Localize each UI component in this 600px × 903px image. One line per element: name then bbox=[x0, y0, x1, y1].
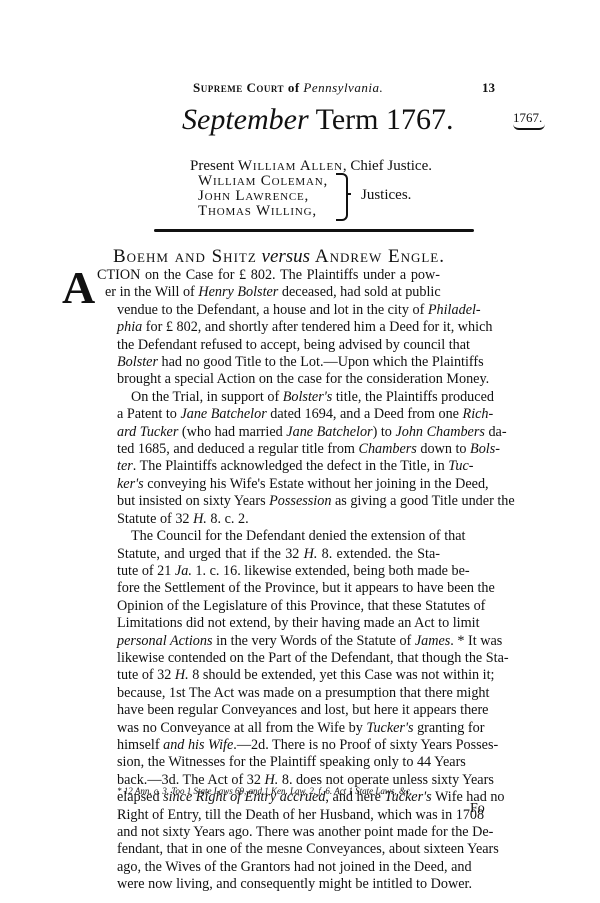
text-line: was no Conveyance at all from the Wife b… bbox=[117, 720, 440, 737]
text-line: personal Actions in the very Words of th… bbox=[117, 633, 440, 650]
document-page: Supreme Court of Pennsylvania. 13 Septem… bbox=[0, 0, 600, 903]
text-line: likewise contended on the Part of the De… bbox=[117, 650, 440, 667]
chief-justice-title: , Chief Justice. bbox=[343, 158, 432, 174]
text-line: ard Tucker (who had married Jane Batchel… bbox=[117, 424, 440, 441]
margin-date-text: 1767. bbox=[513, 110, 542, 125]
footnote: * 12 Ann. c. 3. Too 1 State Laws 69, and… bbox=[117, 786, 447, 796]
running-head: Supreme Court of Pennsylvania. bbox=[193, 80, 383, 96]
justice-name: Thomas Willing, bbox=[198, 204, 328, 219]
text-line: Limitations did not extend, by their hav… bbox=[117, 615, 440, 632]
text-line: ago, the Wives of the Grantors had not j… bbox=[117, 859, 440, 876]
text-line: phia for £ 802, and shortly after tender… bbox=[117, 319, 440, 336]
text-line: were now living, and consequently might … bbox=[117, 876, 440, 893]
justices-label: Justices. bbox=[361, 187, 411, 204]
case-body-text: CTION on the Case for £ 802. The Plainti… bbox=[117, 267, 440, 894]
margin-date-note: 1767. bbox=[513, 110, 545, 130]
brace-tip-icon bbox=[346, 193, 351, 195]
text-line: a Patent to Jane Batchelor dated 1694, a… bbox=[117, 406, 440, 423]
text-line: Right of Entry, till the Death of her Hu… bbox=[117, 807, 440, 824]
text-line: er in the Will of Henry Bolster deceased… bbox=[105, 284, 440, 301]
text-line: Statute of 32 H. 8. c. 2. bbox=[117, 511, 440, 528]
text-line: ker's conveying his Wife's Estate withou… bbox=[117, 476, 440, 493]
text-line: have been regular Conveyances and lost, … bbox=[117, 702, 440, 719]
text-line: ted 1685, and deduced a regular title fr… bbox=[117, 441, 440, 458]
justice-name: William Coleman, bbox=[198, 174, 328, 189]
case-title: Boehm and Shitz versus Andrew Engle. bbox=[113, 246, 445, 268]
term-title: September Term 1767. bbox=[182, 103, 453, 137]
text-line: Opinion of the Legislature of this Provi… bbox=[117, 598, 440, 615]
case-defendant: Andrew Engle. bbox=[315, 246, 445, 267]
justice-name: John Lawrence, bbox=[198, 189, 328, 204]
page-number: 13 bbox=[482, 80, 495, 96]
text-line: Statute, and urged that if the 32 H. 8. … bbox=[117, 546, 440, 563]
text-line: himself and his Wife.—2d. There is no Pr… bbox=[117, 737, 440, 754]
running-head-court: Supreme Court bbox=[193, 80, 284, 95]
term-month: September bbox=[182, 103, 309, 136]
text-line: fore the Settlement of the Province, but… bbox=[117, 580, 440, 597]
chief-justice-name: William Allen bbox=[238, 158, 343, 174]
running-head-of: of bbox=[284, 80, 303, 95]
text-line: because, 1st The Act was made on a presu… bbox=[117, 685, 440, 702]
horizontal-rule bbox=[154, 229, 474, 232]
text-line: vendue to the Defendant, a house and lot… bbox=[117, 302, 440, 319]
text-line: The Council for the Defendant denied the… bbox=[117, 528, 440, 545]
case-plaintiffs: Boehm and Shitz bbox=[113, 246, 257, 267]
brace-icon bbox=[336, 173, 348, 221]
text-line: ter. The Plaintiffs acknowledged the def… bbox=[117, 458, 440, 475]
text-line: and not sixty Years ago. There was anoth… bbox=[117, 824, 440, 841]
text-line: but insisted on sixty Years Possession a… bbox=[117, 493, 440, 510]
text-line: On the Trial, in support of Bolster's ti… bbox=[117, 389, 440, 406]
text-line: tute of 32 H. 8 should be extended, yet … bbox=[117, 667, 440, 684]
present-prefix: Present bbox=[190, 158, 238, 174]
text-line: tute of 21 Ja. 1. c. 16. likewise extend… bbox=[117, 563, 440, 580]
justices-list: William Coleman, John Lawrence, Thomas W… bbox=[198, 174, 328, 219]
catchword: Fo bbox=[470, 801, 485, 817]
case-versus: versus bbox=[262, 246, 311, 267]
text-line: fendant, that in one of the mesne Convey… bbox=[117, 841, 440, 858]
text-line: brought a special Action on the case for… bbox=[117, 371, 440, 388]
drop-cap: A bbox=[62, 268, 95, 308]
text-line: sion, the Witnesses for the Plaintiff sp… bbox=[117, 754, 440, 771]
text-line: the Defendant refused to accept, being a… bbox=[117, 337, 440, 354]
running-head-state: Pennsylvania. bbox=[303, 80, 383, 95]
term-rest: Term 1767. bbox=[309, 103, 454, 136]
text-line: Bolster had no good Title to the Lot.—Up… bbox=[117, 354, 440, 371]
text-line: CTION on the Case for £ 802. The Plainti… bbox=[97, 267, 440, 284]
